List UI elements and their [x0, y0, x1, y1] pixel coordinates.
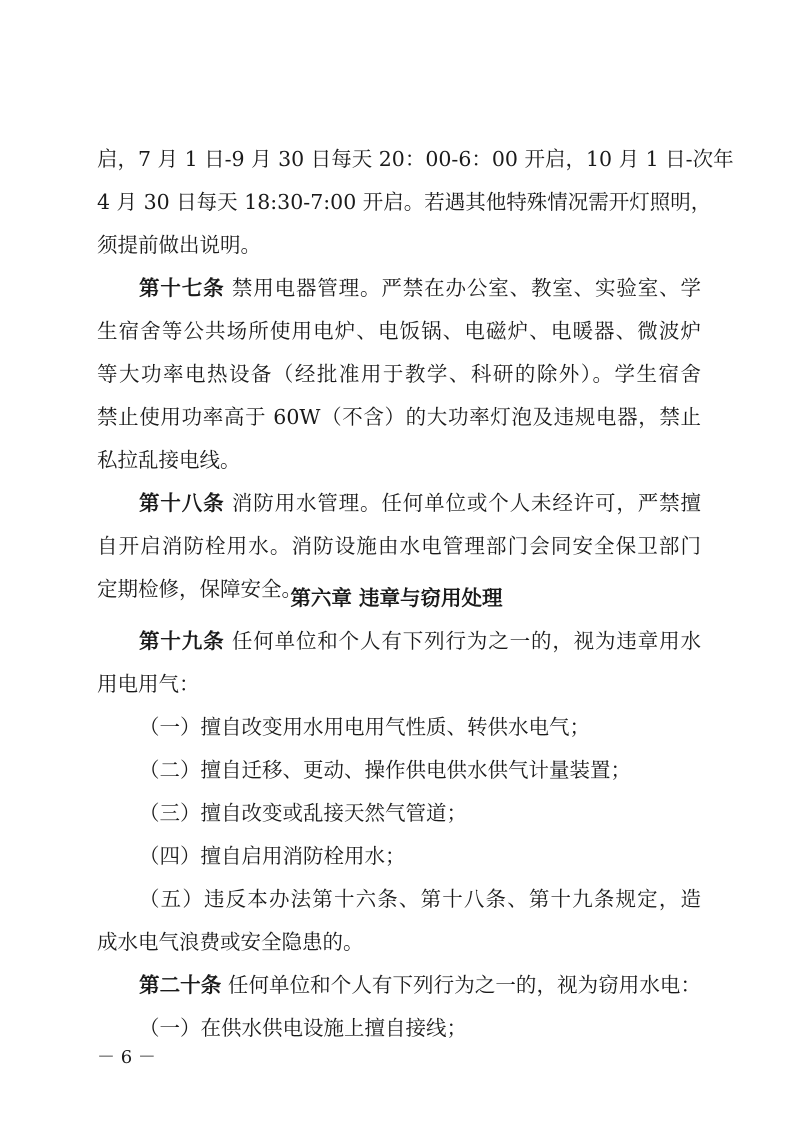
document-page: 启，7 月 1 日-9 月 30 日每天 20：00-6：00 开启，10 月 …	[0, 0, 793, 1122]
paragraph-line: 等大功率电热设备（经批准用于教学、科研的除外）。学生宿舍	[97, 359, 701, 389]
article-19-first-line: 第十九条 任何单位和个人有下列行为之一的，视为违章用水	[139, 626, 701, 656]
paragraph-line: 私拉乱接电线。	[97, 445, 701, 475]
list-item: （一）擅自改变用水用电用气性质、转供水电气；	[139, 712, 701, 742]
paragraph-line: 自开启消防栓用水。消防设施由水电管理部门会同安全保卫部门	[97, 531, 701, 561]
list-item-continuation: 成水电气浪费或安全隐患的。	[97, 927, 701, 957]
article-19-label: 第十九条	[139, 629, 224, 653]
article-18-label: 第十八条	[139, 491, 224, 515]
article-17-first-line: 第十七条 禁用电器管理。严禁在办公室、教室、实验室、学	[139, 273, 701, 303]
paragraph-line: 用电用气：	[97, 669, 701, 699]
article-18-first-line: 第十八条 消防用水管理。任何单位或个人未经许可，严禁擅	[139, 488, 701, 518]
article-20-first-line: 第二十条 任何单位和个人有下列行为之一的，视为窃用水电：	[139, 970, 701, 1000]
article-20-text: 任何单位和个人有下列行为之一的，视为窃用水电：	[221, 973, 701, 997]
list-item: （二）擅自迁移、更动、操作供电供水供气计量装置；	[139, 755, 701, 785]
page-number: － 6 －	[97, 1046, 156, 1070]
list-item: （三）擅自改变或乱接天然气管道；	[139, 798, 701, 828]
list-item: （四）擅自启用消防栓用水；	[139, 841, 701, 871]
paragraph-line: 4 月 30 日每天 18:30-7:00 开启。若遇其他特殊情况需开灯照明，	[97, 187, 701, 217]
paragraph-line: 启，7 月 1 日-9 月 30 日每天 20：00-6：00 开启，10 月 …	[97, 144, 701, 174]
paragraph-line: 禁止使用功率高于 60W（不含）的大功率灯泡及违规电器，禁止	[97, 402, 701, 432]
paragraph-line: 须提前做出说明。	[97, 230, 701, 260]
article-19-text: 任何单位和个人有下列行为之一的，视为违章用水	[224, 629, 701, 653]
article-17-text: 禁用电器管理。严禁在办公室、教室、实验室、学	[224, 276, 701, 300]
article-17-label: 第十七条	[139, 276, 224, 300]
list-item: （一）在供水供电设施上擅自接线；	[139, 1013, 701, 1043]
article-20-label: 第二十条	[139, 973, 221, 997]
chapter-heading: 第六章 违章与窃用处理	[0, 583, 793, 613]
paragraph-line: 生宿舍等公共场所使用电炉、电饭锅、电磁炉、电暖器、微波炉	[97, 316, 701, 346]
article-18-text: 消防用水管理。任何单位或个人未经许可，严禁擅	[224, 491, 701, 515]
list-item: （五）违反本办法第十六条、第十八条、第十九条规定，造	[139, 884, 701, 914]
